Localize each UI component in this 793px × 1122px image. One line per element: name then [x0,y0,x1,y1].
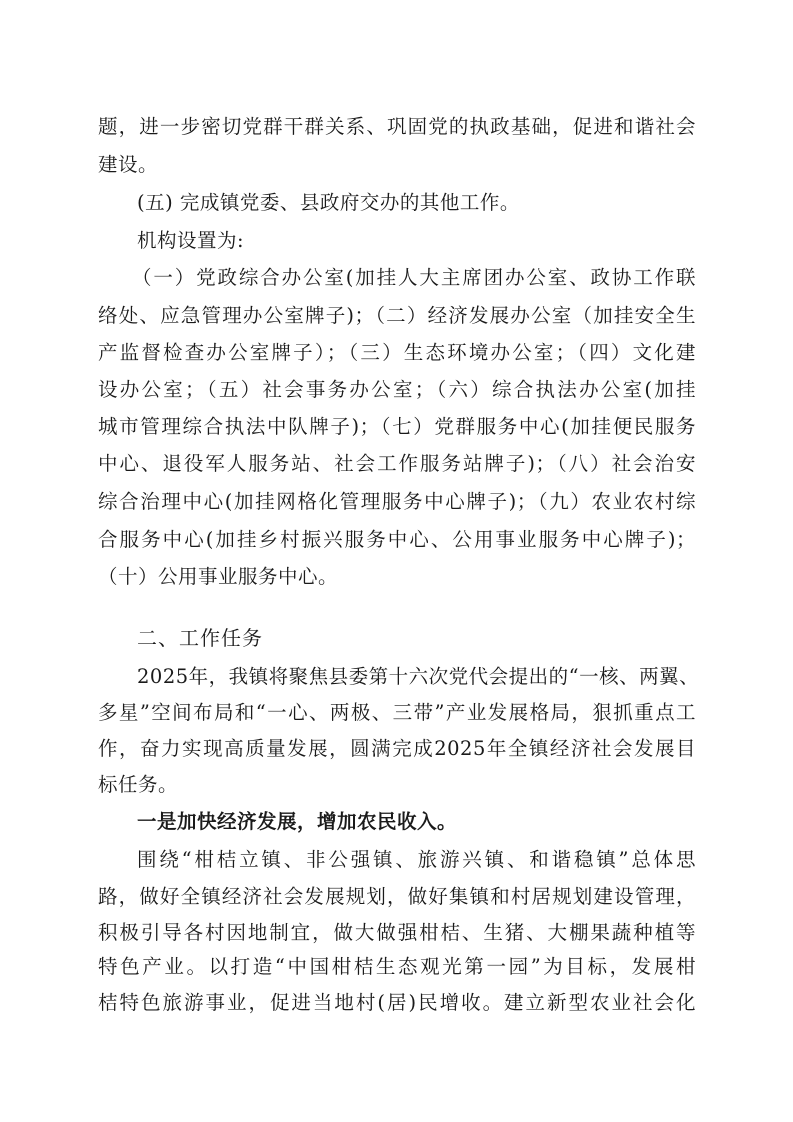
section-intro-line: 机构设置为: [137,226,696,256]
org-list-line: 设办公室；（五）社会事务办公室；（六）综合执法办公室(加挂 [98,375,696,405]
paragraph-line: 标任务。 [98,770,696,800]
org-list-line: 城市管理综合执法中队牌子)；（七）党群服务中心(加挂便民服务 [98,412,696,442]
org-list-line: 综合治理中心(加挂网格化管理服务中心牌子)；（九）农业农村综 [98,487,696,517]
paragraph-line: 作，奋力实现高质量发展，圆满完成2025年全镇经济社会发展目 [98,734,696,764]
section-heading: 二、工作任务 [137,623,696,653]
org-list-line: 合服务中心(加挂乡村振兴服务中心、公用事业服务中心牌子)； [98,525,696,555]
paragraph-line: 多星”空间布局和“一心、两极、三带”产业发展格局，狠抓重点工 [98,698,696,728]
paragraph-line: 路，做好全镇经济社会发展规划，做好集镇和村居规划建设管理， [98,882,696,912]
paragraph-line: 围绕“柑桔立镇、非公强镇、旅游兴镇、和谐稳镇”总体思 [137,845,696,875]
document-page: 题，进一步密切党群干群关系、巩固党的执政基础，促进和谐社会 建设。 (五) 完成… [0,0,793,1122]
paragraph-line: 题，进一步密切党群干群关系、巩固党的执政基础，促进和谐社会 [98,112,696,142]
org-list-line: 络处、应急管理办公室牌子)；（二）经济发展办公室（加挂安全生 [98,301,696,331]
paragraph-line: 建设。 [98,150,696,180]
paragraph-line: 2025年，我镇将聚焦县委第十六次党代会提出的“一核、两翼、 [137,662,696,692]
subsection-heading: 一是加快经济发展，增加农民收入。 [137,807,696,837]
org-list-line: 产监督检查办公室牌子）；（三）生态环境办公室；（四）文化建 [98,338,696,368]
paragraph-line: 桔特色旅游事业，促进当地村(居)民增收。建立新型农业社会化 [98,988,696,1018]
org-list-line: （十）公用事业服务中心。 [98,562,696,592]
paragraph-line: 积极引导各村因地制宜，做大做强柑桔、生猪、大棚果蔬种植等 [98,918,696,948]
paragraph-line: 特色产业。以打造“中国柑桔生态观光第一园”为目标，发展柑 [98,952,696,982]
org-list-line: （一）党政综合办公室(加挂人大主席团办公室、政协工作联 [132,263,696,293]
list-item-line: (五) 完成镇党委、县政府交办的其他工作。 [137,188,696,218]
org-list-line: 中心、退役军人服务站、社会工作服务站牌子)；（八）社会治安 [98,449,696,479]
